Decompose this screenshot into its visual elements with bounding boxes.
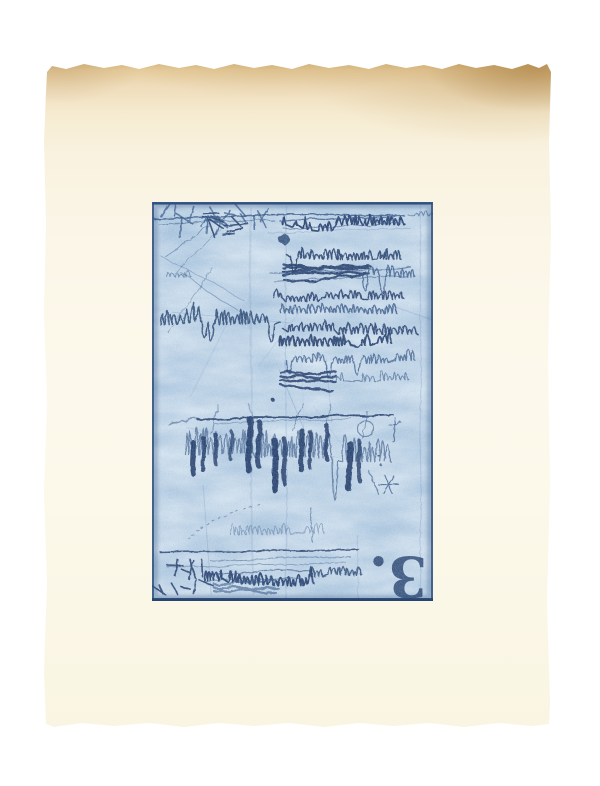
etching-plate: 3. — [152, 202, 433, 601]
paper-sheet: 3. — [44, 62, 551, 728]
artwork-photo: 3. — [0, 0, 600, 786]
plate-grain-dark — [152, 202, 433, 601]
